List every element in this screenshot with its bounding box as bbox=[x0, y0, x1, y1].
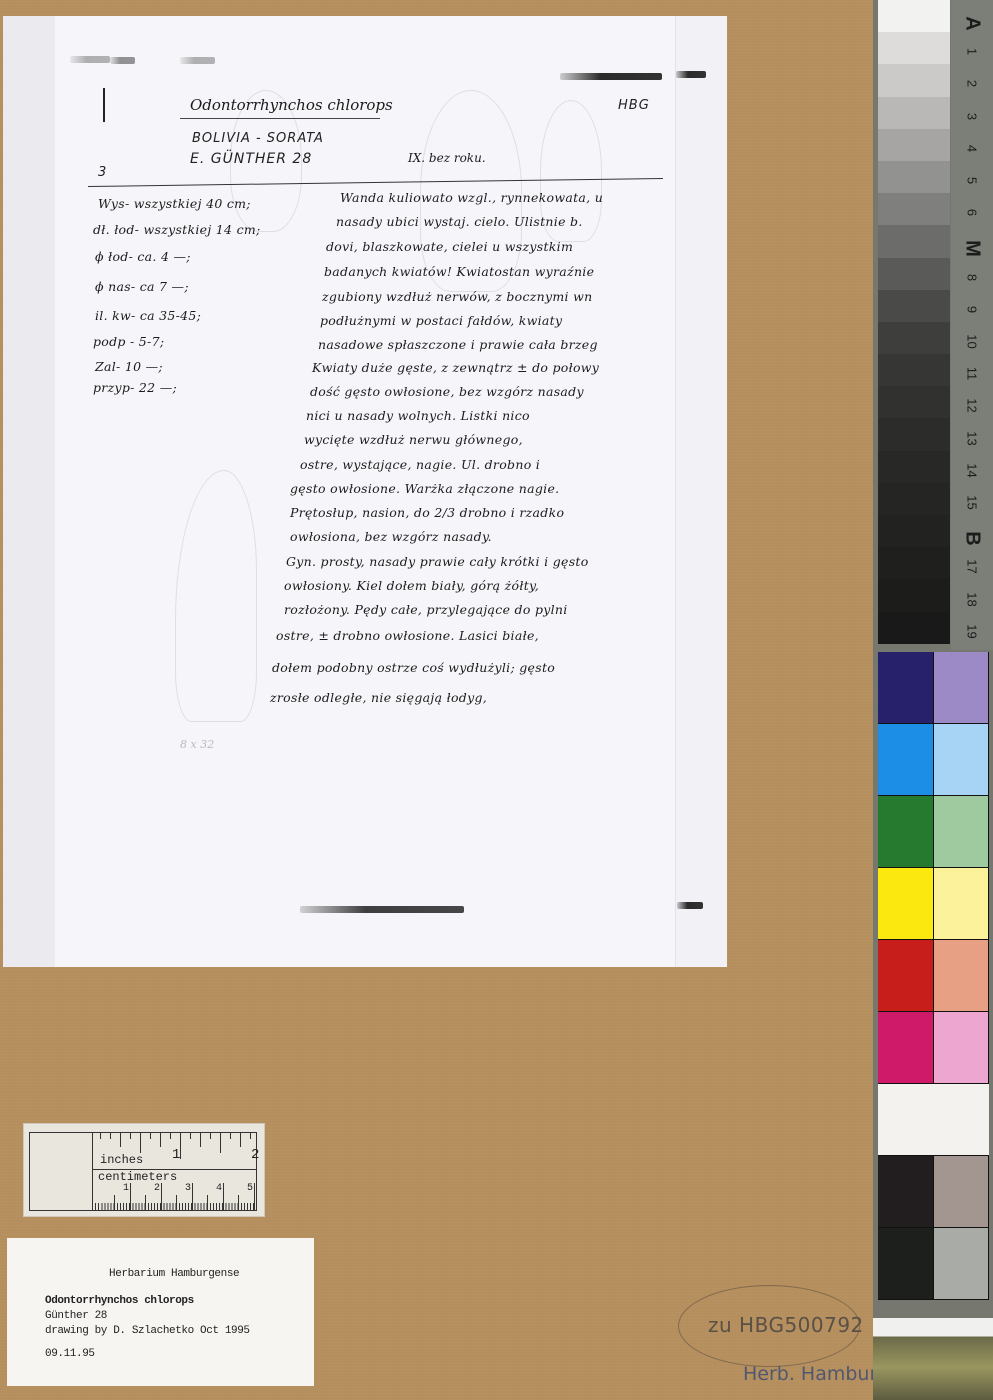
chart-base bbox=[873, 1318, 993, 1400]
patch-row bbox=[878, 868, 989, 940]
ruler-tick bbox=[250, 1133, 251, 1139]
drawing-scale-note: 8 x 32 bbox=[180, 738, 214, 751]
gray-step bbox=[878, 290, 950, 322]
color-patch bbox=[878, 796, 934, 867]
taxon-handwritten: Odontorrhynchos chlorops bbox=[190, 96, 393, 114]
ruler-frame: inches 1 2 centimeters 1 2 3 4 5 bbox=[29, 1132, 257, 1211]
gray-step bbox=[878, 32, 950, 64]
copy-smear bbox=[180, 57, 215, 64]
gray-step bbox=[878, 97, 950, 129]
label-drawing-credit: drawing by D. Szlachetko Oct 1995 bbox=[45, 1325, 250, 1337]
color-patch bbox=[878, 868, 934, 939]
ruler-tick bbox=[100, 1133, 101, 1139]
grayscale-strip bbox=[878, 0, 950, 644]
color-patch bbox=[934, 868, 990, 939]
gray-step bbox=[878, 64, 950, 96]
label-taxon: Odontorrhynchos chlorops bbox=[45, 1295, 194, 1307]
measurement-line: Wys- wszystkiej 40 cm; bbox=[98, 196, 251, 211]
description-line: podłużnymi w postaci fałdów, kwiaty bbox=[320, 313, 562, 328]
measurement-line: Zal- 10 —; bbox=[95, 359, 163, 374]
patch-row bbox=[878, 1012, 989, 1084]
collector: E. GÜNTHER 28 bbox=[190, 151, 312, 167]
ruler-tick bbox=[110, 1133, 111, 1139]
description-line: gęsto owłosione. Warżka złączone nagie. bbox=[290, 481, 559, 496]
gray-step bbox=[878, 579, 950, 611]
gray-step bbox=[878, 386, 950, 418]
color-patch bbox=[878, 1156, 934, 1227]
description-line: rozłożony. Pędy całe, przylegające do py… bbox=[284, 602, 568, 617]
sheet-left-strip bbox=[3, 16, 55, 967]
grayscale-labels: A123456M89101112131415B171819 bbox=[951, 0, 993, 650]
locality: BOLIVIA - SORATA bbox=[192, 131, 324, 146]
copy-smear bbox=[300, 906, 464, 913]
gray-step bbox=[878, 322, 950, 354]
description-line: Gyn. prosty, nasady prawie cały krótki i… bbox=[286, 554, 589, 569]
ruler-tick bbox=[170, 1133, 171, 1139]
description-line: Prętosłup, nasion, do 2/3 drobno i rzadk… bbox=[290, 505, 564, 520]
description-line: ostre, wystające, nagie. Ul. drobno i bbox=[300, 457, 540, 472]
description-line: owłosiona, bez wzgórz nasady. bbox=[290, 529, 492, 544]
description-line: zgubiony wzdłuż nerwów, z bocznymi wn bbox=[322, 289, 592, 304]
color-patches bbox=[878, 652, 989, 1300]
patch-row bbox=[878, 1156, 989, 1228]
ruler-tick bbox=[230, 1133, 231, 1139]
ruler-tick bbox=[200, 1133, 201, 1147]
herbarium-code: HBG bbox=[618, 98, 650, 113]
ruler-mm-ticks bbox=[92, 1203, 256, 1210]
title-underline bbox=[180, 118, 380, 119]
description-line: dovi, blaszkowate, cielei u wszystkim bbox=[326, 239, 573, 254]
gray-step bbox=[878, 451, 950, 483]
ruler-tick bbox=[220, 1133, 221, 1153]
gray-step bbox=[878, 225, 950, 257]
color-patch bbox=[878, 652, 934, 723]
color-patch bbox=[878, 940, 934, 1011]
color-patch bbox=[934, 1156, 990, 1227]
color-patch bbox=[878, 724, 934, 795]
ruler-tick bbox=[180, 1133, 181, 1159]
description-line: Wanda kuliowato wzgl., rynnekowata, u bbox=[340, 190, 603, 205]
measurement-line: przyp- 22 —; bbox=[93, 380, 177, 395]
color-patch bbox=[934, 796, 990, 867]
description-line: nasady ubici wystaj. cielo. Ulistnie b. bbox=[336, 214, 583, 229]
gray-step bbox=[878, 483, 950, 515]
patch-row bbox=[878, 724, 989, 796]
description-line: owłosiony. Kiel dołem biały, górą żółty, bbox=[284, 578, 539, 593]
cm-number: 4 bbox=[216, 1183, 222, 1194]
label-institution: Herbarium Hamburgense bbox=[109, 1268, 239, 1280]
gray-step bbox=[878, 547, 950, 579]
description-line: Kwiaty duże gęste, z zewnątrz ± do połow… bbox=[312, 360, 599, 375]
ruler-tick bbox=[190, 1133, 191, 1139]
herbarium-label: Herbarium Hamburgense Odontorrhynchos ch… bbox=[7, 1238, 314, 1386]
label-date: 09.11.95 bbox=[45, 1348, 95, 1360]
patch-row bbox=[878, 796, 989, 868]
gray-step bbox=[878, 258, 950, 290]
gray-step bbox=[878, 418, 950, 450]
ruler-tick bbox=[160, 1133, 161, 1147]
inches-label: inches bbox=[100, 1153, 143, 1167]
ruler-tick bbox=[240, 1133, 241, 1147]
centimeters-label: centimeters bbox=[98, 1170, 177, 1184]
color-patch bbox=[878, 1084, 989, 1156]
color-patch bbox=[934, 1012, 990, 1083]
label-collector: Günther 28 bbox=[45, 1310, 107, 1322]
gray-step bbox=[878, 193, 950, 225]
description-line: zrosłe odległe, nie sięgają łodyg, bbox=[270, 690, 487, 705]
copy-smear bbox=[677, 902, 703, 909]
gray-step bbox=[878, 354, 950, 386]
patch-row bbox=[878, 652, 989, 724]
scale-ruler: inches 1 2 centimeters 1 2 3 4 5 bbox=[23, 1123, 265, 1217]
date-note: IX. bez roku. bbox=[408, 151, 486, 165]
sheet-number: 3 bbox=[98, 165, 107, 180]
patch-row bbox=[878, 1228, 989, 1300]
color-patch bbox=[934, 724, 990, 795]
description-line: nasadowe spłaszczone i prawie cała brzeg bbox=[318, 337, 598, 352]
description-line: dość gęsto owłosione, bez wzgórz nasady bbox=[310, 384, 584, 399]
gray-step bbox=[878, 161, 950, 193]
description-line: dołem podobny ostrze coś wydłużyli; gęst… bbox=[272, 660, 555, 675]
measurement-line: ϕ nas- ca 7 —; bbox=[95, 279, 189, 294]
ruler-tick bbox=[130, 1133, 131, 1139]
description-line: ostre, ± drobno owłosione. Lasici białe, bbox=[276, 628, 539, 643]
ruler-tick bbox=[150, 1133, 151, 1139]
copy-smear bbox=[560, 73, 662, 80]
description-line: nici u nasady wolnych. Listki nico bbox=[306, 408, 530, 423]
measurement-line: dł. łod- wszystkiej 14 cm; bbox=[93, 222, 261, 237]
gray-step bbox=[878, 515, 950, 547]
gray-step bbox=[878, 0, 950, 32]
ruler-tick bbox=[140, 1133, 141, 1153]
color-patch bbox=[934, 940, 990, 1011]
copy-smear bbox=[110, 57, 135, 64]
color-patch bbox=[878, 1228, 934, 1299]
patch-row bbox=[878, 940, 989, 1012]
measurement-line: il. kw- ca 35-45; bbox=[95, 308, 201, 323]
margin-mark bbox=[103, 88, 105, 122]
copy-smear bbox=[70, 56, 110, 63]
ruler-tick bbox=[210, 1133, 211, 1139]
color-patch bbox=[878, 1012, 934, 1083]
color-calibration-chart: A123456M89101112131415B171819 bbox=[873, 0, 993, 1400]
copy-smear bbox=[676, 71, 706, 78]
ruler-blank-area bbox=[30, 1133, 93, 1210]
color-patch bbox=[934, 652, 990, 723]
description-line: wycięte wzdłuż nerwu głównego, bbox=[304, 432, 523, 447]
description-line: badanych kwiatów! Kwiatostan wyraźnie bbox=[324, 264, 594, 279]
scale-label: 19 bbox=[965, 610, 980, 652]
gray-step bbox=[878, 612, 950, 644]
cm-number: 1 bbox=[123, 1183, 129, 1194]
circled-reference: zu HBG500792 bbox=[708, 1313, 864, 1337]
ruler-tick bbox=[120, 1133, 121, 1147]
inch-number: 2 bbox=[251, 1147, 259, 1163]
measurement-line: ϕ łod- ca. 4 —; bbox=[95, 249, 191, 264]
color-patch bbox=[934, 1228, 990, 1299]
gray-step bbox=[878, 129, 950, 161]
cm-number: 3 bbox=[185, 1183, 191, 1194]
cm-number: 2 bbox=[154, 1183, 160, 1194]
cm-number: 5 bbox=[247, 1183, 253, 1194]
measurement-line: podp - 5-7; bbox=[93, 334, 164, 349]
